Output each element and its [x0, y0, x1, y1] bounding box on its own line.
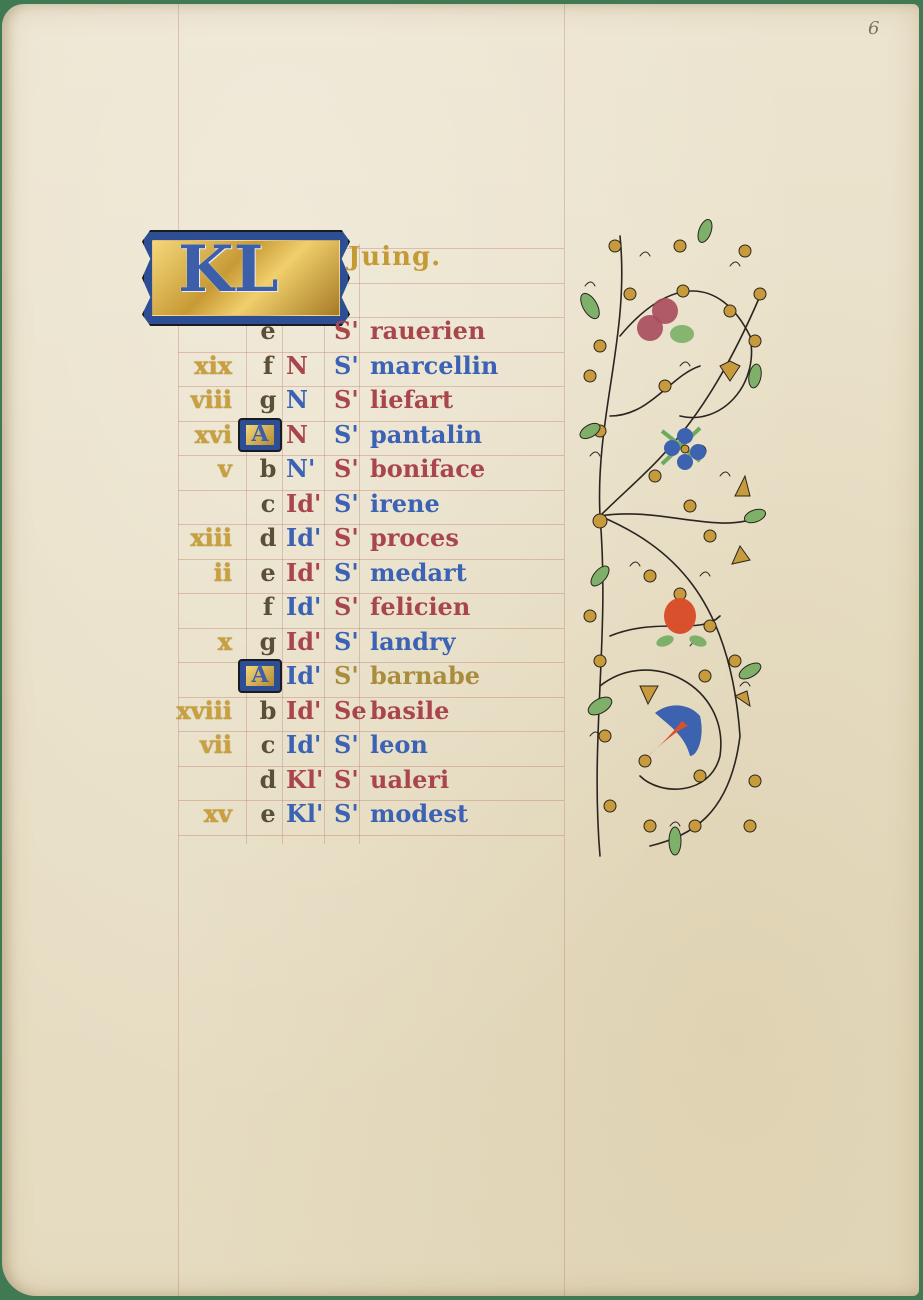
calendar-row: xveKl'S'modest: [162, 797, 562, 831]
saint-name: irene: [370, 487, 440, 521]
saint-abbrev: S': [334, 590, 364, 624]
calendar-row: dKl'S'ualeri: [162, 763, 562, 797]
golden-number: xviii: [162, 694, 232, 728]
roman-date: N: [286, 349, 334, 383]
saint-name: ualeri: [370, 763, 449, 797]
saint-abbrev: S': [334, 487, 364, 521]
saint-name: leon: [370, 728, 428, 762]
dominical-letter: e: [258, 556, 278, 590]
calendar-row: fId'S'felicien: [162, 590, 562, 624]
dominical-letter: e: [258, 797, 278, 831]
saint-abbrev: S': [334, 521, 364, 555]
calendar-row: eS'rauerien: [162, 314, 562, 348]
dominical-initial: A: [238, 418, 282, 452]
golden-number: v: [162, 452, 232, 486]
golden-number: ii: [162, 556, 232, 590]
dominical-letter: d: [258, 521, 278, 555]
saint-name: proces: [370, 521, 459, 555]
calendar-row: xiiidId'S'proces: [162, 521, 562, 555]
saint-name: landry: [370, 625, 456, 659]
golden-number: viii: [162, 383, 232, 417]
roman-date: N': [286, 452, 334, 486]
calendar-row: cId'S'irene: [162, 487, 562, 521]
dominical-letter: b: [258, 694, 278, 728]
blue-flower-icon: [662, 428, 706, 470]
golden-number: x: [162, 625, 232, 659]
saint-abbrev: S': [334, 763, 364, 797]
saint-abbrev: Se: [334, 694, 364, 728]
roman-date: Kl': [286, 763, 334, 797]
saint-name: pantalin: [370, 418, 482, 452]
roman-date: Id': [286, 625, 334, 659]
ruling-line: [564, 4, 565, 1296]
roman-date: Kl': [286, 797, 334, 831]
saint-name: basile: [370, 694, 449, 728]
dominical-letter: g: [258, 625, 278, 659]
dominical-letter: b: [258, 452, 278, 486]
saint-abbrev: S': [334, 314, 364, 348]
calendar-row: viicId'S'leon: [162, 728, 562, 762]
illuminated-initial: KL: [142, 230, 350, 326]
roman-date: N: [286, 418, 334, 452]
saint-abbrev: S': [334, 797, 364, 831]
dominical-letter: e: [258, 314, 278, 348]
calendar-row: xviANS'pantalin: [162, 418, 562, 452]
saint-abbrev: S': [334, 659, 364, 693]
roman-date: Id': [286, 487, 334, 521]
saint-name: boniface: [370, 452, 485, 486]
dominical-letter: d: [258, 763, 278, 797]
roman-date: Id': [286, 659, 334, 693]
saint-name: barnabe: [370, 659, 480, 693]
roman-date: Id': [286, 521, 334, 555]
calendar-row: xixfNS'marcellin: [162, 349, 562, 383]
folio-number: 6: [868, 18, 879, 39]
golden-number: vii: [162, 728, 232, 762]
month-title: Juing.: [348, 242, 441, 272]
golden-number: xiii: [162, 521, 232, 555]
calendar-row: viiigNS'liefart: [162, 383, 562, 417]
roman-date: Id': [286, 590, 334, 624]
saint-abbrev: S': [334, 418, 364, 452]
roman-date: Id': [286, 728, 334, 762]
golden-number: xix: [162, 349, 232, 383]
calendar-row: vbN'S'boniface: [162, 452, 562, 486]
red-flower-icon: [637, 298, 694, 343]
calendar-row: AId'S'barnabe: [162, 659, 562, 693]
saint-name: liefart: [370, 383, 453, 417]
saint-name: medart: [370, 556, 467, 590]
dominical-letter: A: [240, 421, 280, 447]
manuscript-folio: 6 KL Juing. eS'rauerienxixfNS'marcellinv…: [2, 4, 919, 1296]
dominical-initial: A: [238, 659, 282, 693]
dominical-letter: c: [258, 728, 278, 762]
dominical-letter: g: [258, 383, 278, 417]
roman-date: Id': [286, 556, 334, 590]
ruling-line: [178, 835, 564, 836]
strawberry-icon: [655, 598, 708, 649]
golden-number: xvi: [162, 418, 232, 452]
dominical-letter: c: [258, 487, 278, 521]
saint-abbrev: S': [334, 383, 364, 417]
dominical-letter: f: [258, 590, 278, 624]
saint-name: marcellin: [370, 349, 498, 383]
floral-border: [570, 216, 775, 866]
saint-abbrev: S': [334, 556, 364, 590]
saint-name: felicien: [370, 590, 470, 624]
roman-date: N: [286, 383, 334, 417]
saint-abbrev: S': [334, 728, 364, 762]
calendar-row: iieId'S'medart: [162, 556, 562, 590]
calendar-row: xgId'S'landry: [162, 625, 562, 659]
gold-acanthus-icon: [640, 361, 750, 706]
roman-date: Id': [286, 694, 334, 728]
bird-icon: [642, 705, 702, 761]
saint-abbrev: S': [334, 625, 364, 659]
dominical-letter: A: [240, 662, 280, 688]
golden-number: xv: [162, 797, 232, 831]
dominical-letter: f: [258, 349, 278, 383]
saint-abbrev: S': [334, 452, 364, 486]
saint-abbrev: S': [334, 349, 364, 383]
saint-name: rauerien: [370, 314, 485, 348]
calendar-row: xviiibId'Sebasile: [162, 694, 562, 728]
saint-name: modest: [370, 797, 468, 831]
initial-letters: KL: [178, 238, 279, 302]
